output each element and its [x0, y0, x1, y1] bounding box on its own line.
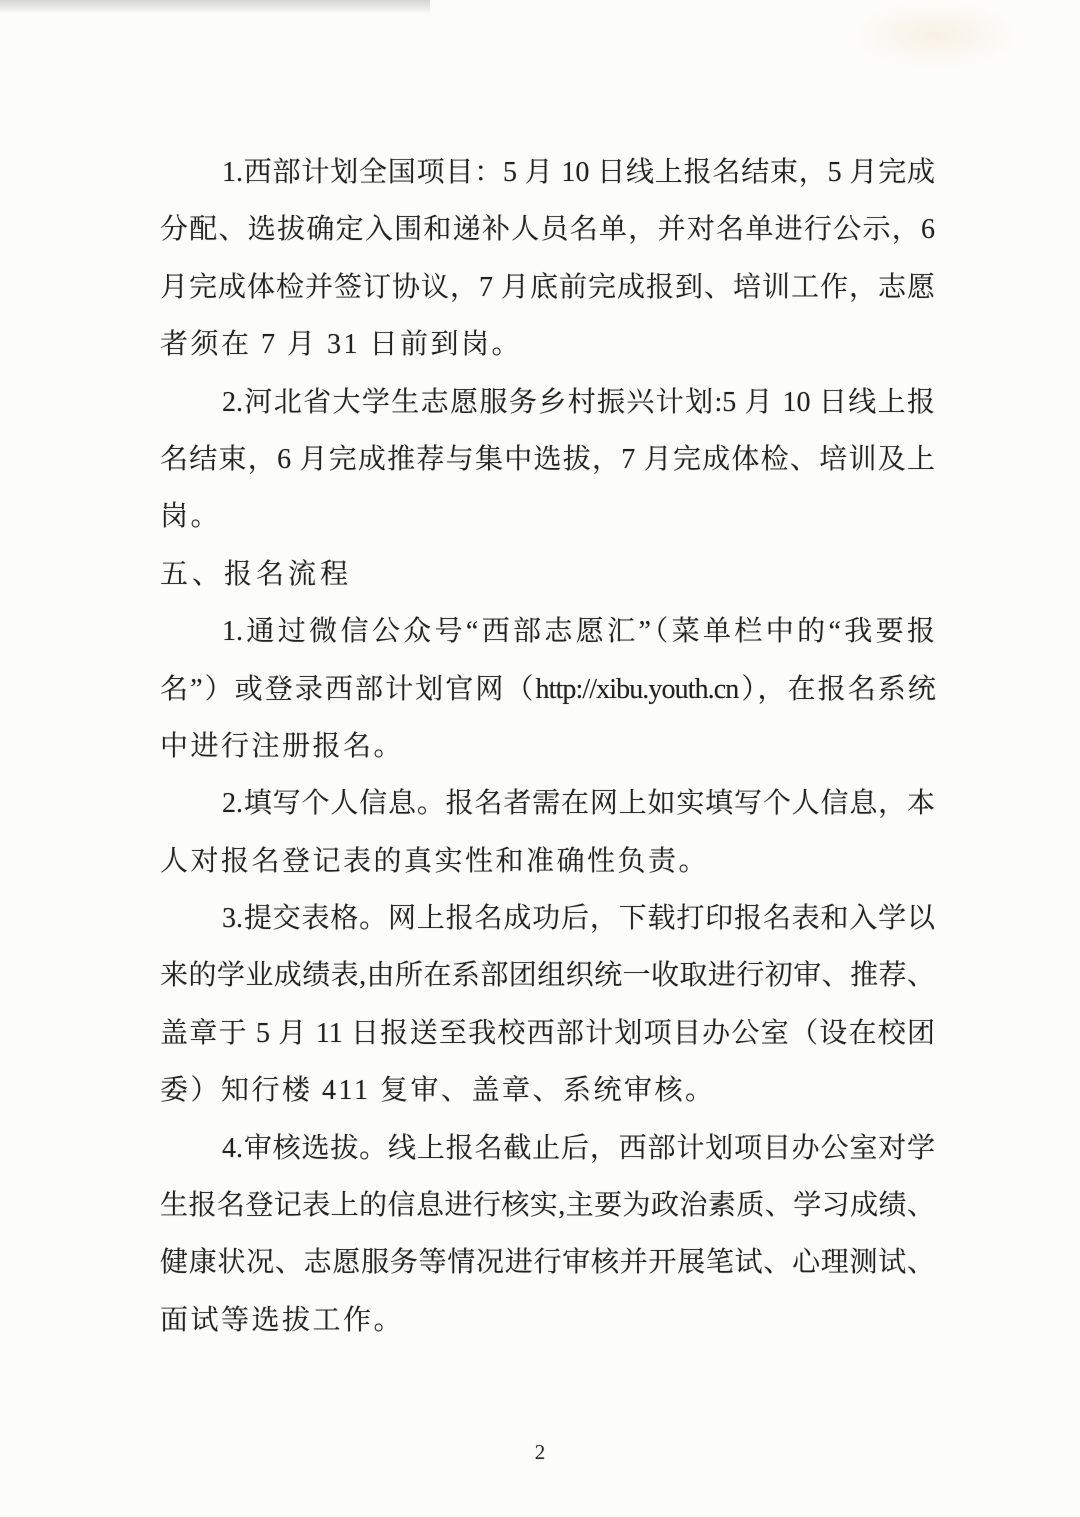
doc-line: 分配、选拔确定入围和递补人员名单，并对名单进行公示，6 [160, 201, 935, 258]
doc-line: 生报名登记表上的信息进行核实,主要为政治素质、学习成绩、 [160, 1177, 935, 1234]
doc-line-with-url: 名”）或登录西部计划官网（http://xibu.youth.cn），在报名系统 [160, 661, 935, 718]
doc-line: 健康状况、志愿服务等情况进行审核并开展笔试、心理测试、 [160, 1234, 935, 1291]
doc-line: 月完成体检并签订协议，7 月底前完成报到、培训工作，志愿 [160, 259, 935, 316]
doc-line: 来的学业成绩表,由所在系部团组织统一收取进行初审、推荐、 [160, 947, 935, 1004]
section-heading-registration-process: 五、报名流程 [160, 546, 935, 603]
doc-line: 1.通过微信公众号“西部志愿汇”（菜单栏中的“我要报 [160, 603, 935, 660]
doc-line: 者须在 7 月 31 日前到岗。 [160, 316, 935, 373]
document-body: 1.西部计划全国项目：5 月 10 日线上报名结束，5 月完成 分配、选拔确定入… [160, 144, 935, 1349]
page-number: 2 [0, 1440, 1080, 1465]
doc-line: 2.河北省大学生志愿服务乡村振兴计划:5 月 10 日线上报 [160, 374, 935, 431]
doc-line: 2.填写个人信息。报名者需在网上如实填写个人信息，本 [160, 775, 935, 832]
doc-line: 人对报名登记表的真实性和准确性负责。 [160, 833, 935, 890]
doc-line: 名结束，6 月完成推荐与集中选拔，7 月完成体检、培训及上 [160, 431, 935, 488]
scan-shadow-artifact [0, 0, 430, 14]
doc-line: 1.西部计划全国项目：5 月 10 日线上报名结束，5 月完成 [160, 144, 935, 201]
doc-line: 3.提交表格。网上报名成功后，下载打印报名表和入学以 [160, 890, 935, 947]
doc-line: 4.审核选拔。线上报名截止后，西部计划项目办公室对学 [160, 1120, 935, 1177]
scan-stain-artifact [850, 0, 1020, 70]
doc-line: 中进行注册报名。 [160, 718, 935, 775]
scanned-document-page: 1.西部计划全国项目：5 月 10 日线上报名结束，5 月完成 分配、选拔确定入… [0, 0, 1080, 1517]
doc-line: 面试等选拔工作。 [160, 1292, 935, 1349]
doc-line: 岗。 [160, 488, 935, 545]
doc-line: 委）知行楼 411 复审、盖章、系统审核。 [160, 1062, 935, 1119]
doc-line: 盖章于 5 月 11 日报送至我校西部计划项目办公室（设在校团 [160, 1005, 935, 1062]
